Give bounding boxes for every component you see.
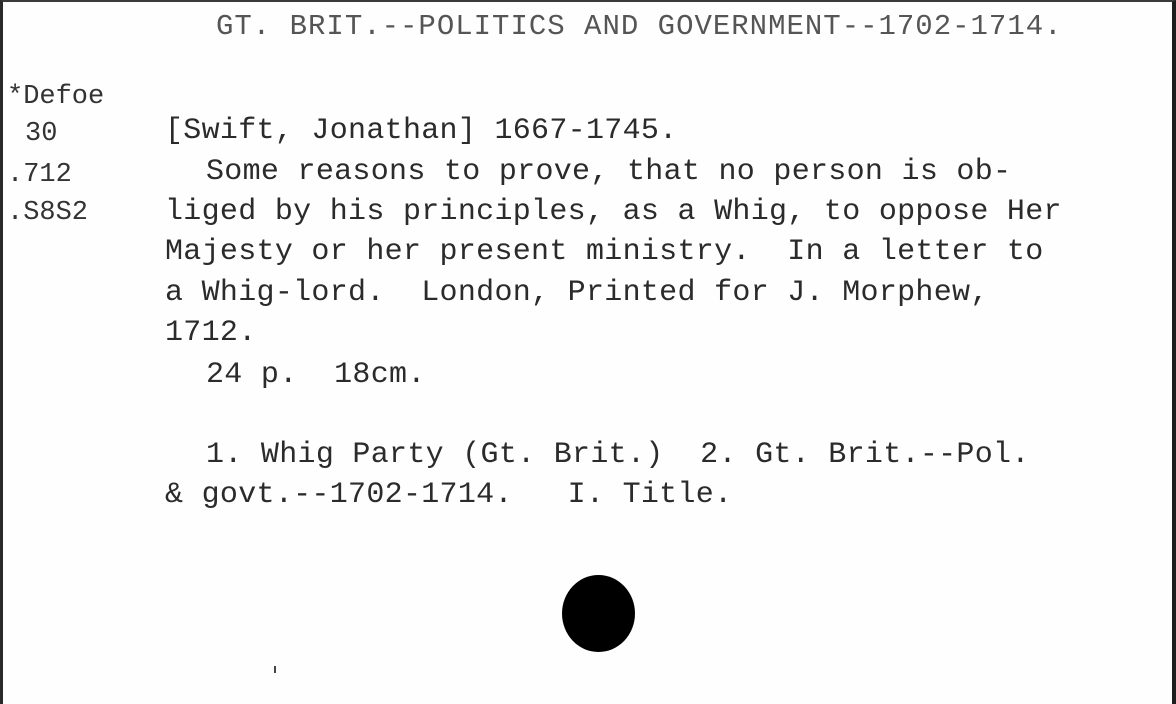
- title-line-3: Majesty or her present ministry. In a le…: [165, 235, 1044, 269]
- title-line-1: Some reasons to prove, that no person is…: [206, 155, 1011, 189]
- tracing-line-2: & govt.--1702-1714. I. Title.: [165, 478, 732, 512]
- title-line-2: liged by his principles, as a Whig, to o…: [165, 195, 1062, 229]
- call-number-line-1: *Defoe: [7, 82, 104, 112]
- call-number-line-3: .712: [7, 160, 72, 190]
- imprint-line: a Whig-lord. London, Printed for J. Morp…: [165, 276, 989, 310]
- catalog-card: GT. BRIT.--POLITICS AND GOVERNMENT--1702…: [0, 0, 1176, 704]
- tracing-line-1: 1. Whig Party (Gt. Brit.) 2. Gt. Brit.--…: [206, 438, 1030, 472]
- call-number-line-2: 30: [25, 119, 57, 149]
- punch-hole-icon: [562, 575, 635, 652]
- call-number-line-4: .S8S2: [7, 198, 88, 228]
- main-entry: [Swift, Jonathan] 1667-1745.: [165, 114, 677, 148]
- subject-heading: GT. BRIT.--POLITICS AND GOVERNMENT--1702…: [216, 10, 1063, 43]
- imprint-year: 1712.: [165, 316, 257, 350]
- collation: 24 p. 18cm.: [206, 358, 426, 392]
- ink-speck: [274, 666, 276, 673]
